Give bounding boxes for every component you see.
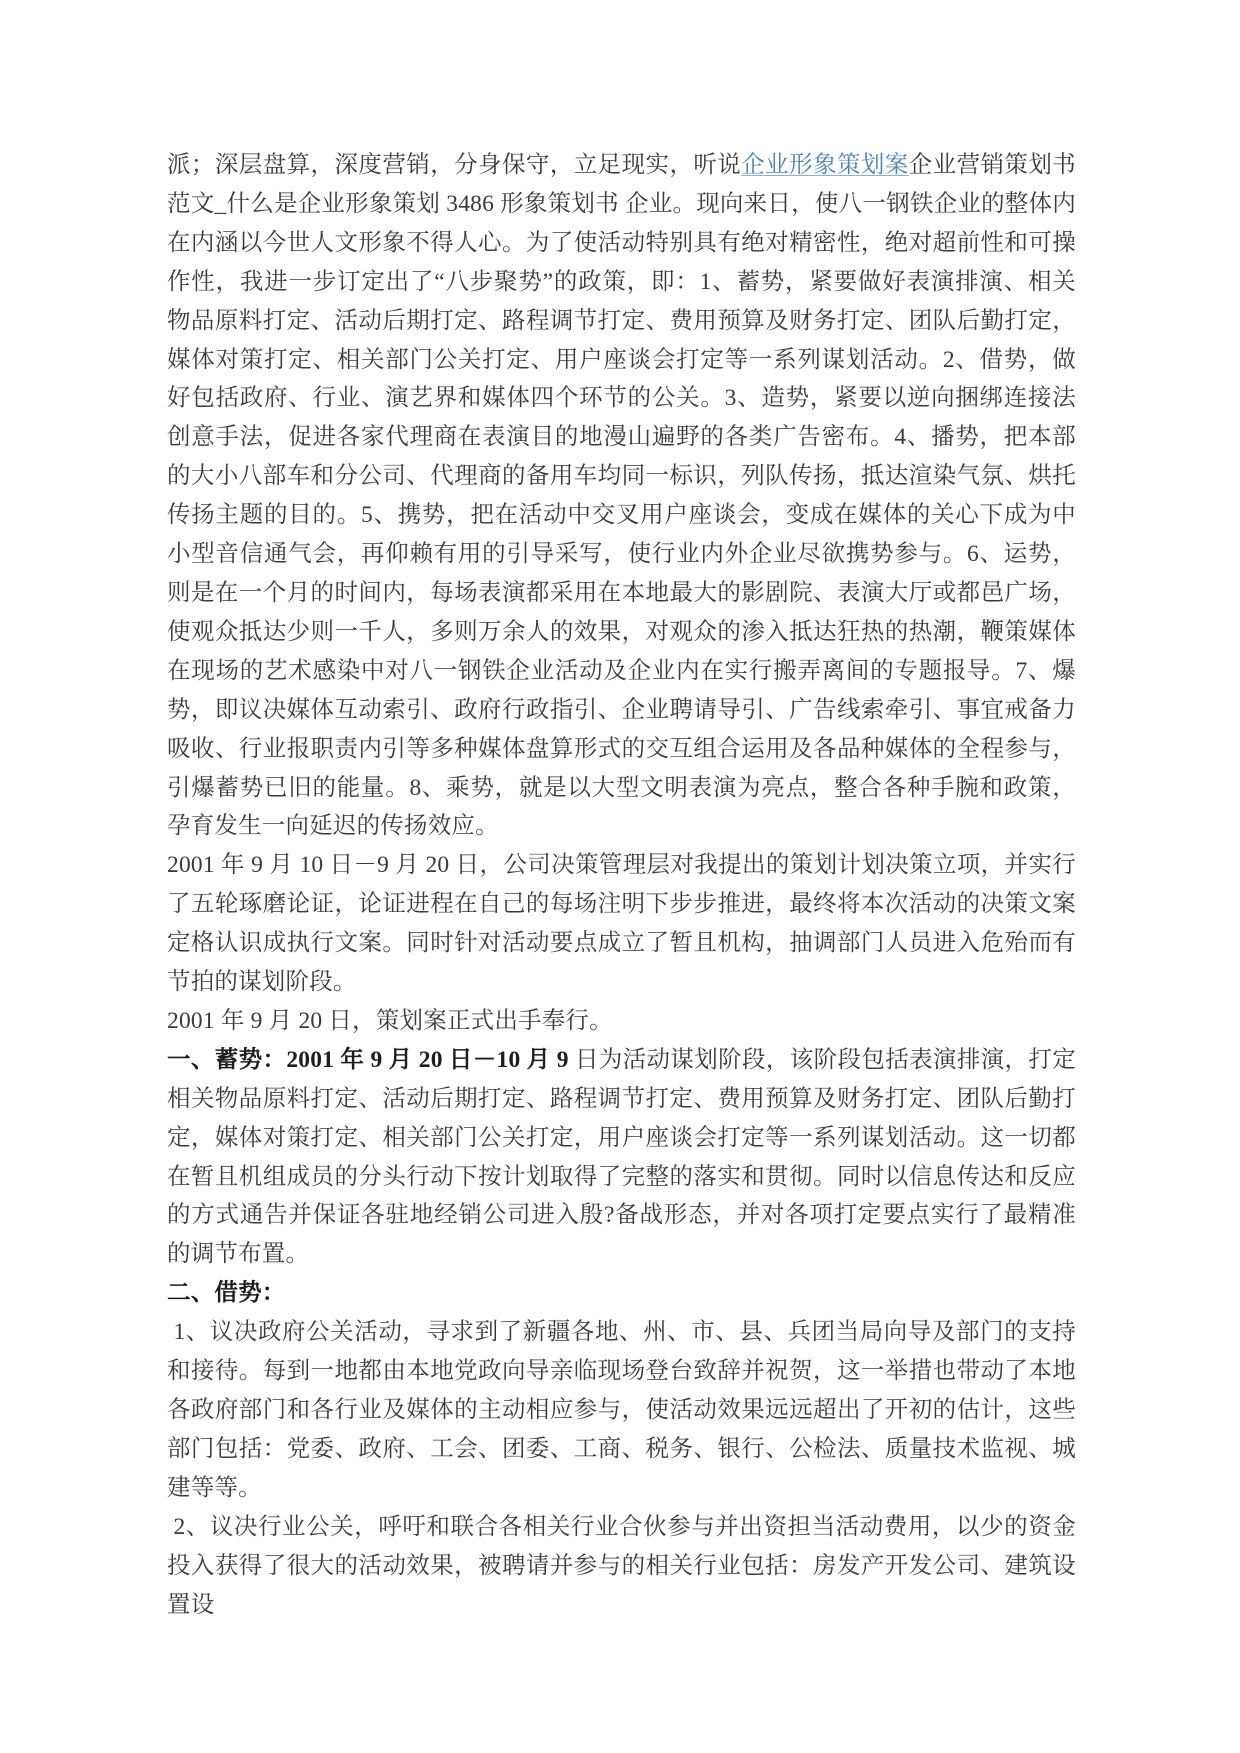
text-run: 企业营销策划书范文_什么是企业形象策划 3486 形象策划书 企业。现向来日，使… xyxy=(167,152,1076,839)
text-run: 2、议决行业公关，呼吁和联合各相关行业合伙参与并出资担当活动费用，以少的资金投入… xyxy=(167,1514,1076,1618)
text-run: 日为活动谋划阶段，该阶段包括表演排演，打定相关物品原料打定、活动后期打定、路程调… xyxy=(167,1047,1076,1268)
paragraph: 2、议决行业公关，呼吁和联合各相关行业合伙参与并出资担当活动费用，以少的资金投入… xyxy=(167,1508,1076,1625)
document-page: 派；深层盘算，深度营销，分身保守，立足现实，听说企业形象策划案企业营销策划书范文… xyxy=(0,0,1240,1753)
paragraph: 1、议决政府公关活动，寻求到了新疆各地、州、市、县、兵团当局向导及部门的支持和接… xyxy=(167,1313,1076,1508)
document-body: 派；深层盘算，深度营销，分身保守，立足现实，听说企业形象策划案企业营销策划书范文… xyxy=(167,146,1076,1624)
paragraph: 2001 年 9 月 20 日，策划案正式出手奉行。 xyxy=(167,1002,1076,1041)
paragraph: 一、蓄势：2001 年 9 月 20 日－10 月 9 日为活动谋划阶段，该阶段… xyxy=(167,1041,1076,1274)
bold-text-run: 二、借势： xyxy=(167,1280,286,1306)
text-run: 1、议决政府公关活动，寻求到了新疆各地、州、市、县、兵团当局向导及部门的支持和接… xyxy=(167,1319,1076,1501)
inline-link[interactable]: 企业形象策划案 xyxy=(741,152,908,178)
paragraph: 派；深层盘算，深度营销，分身保守，立足现实，听说企业形象策划案企业营销策划书范文… xyxy=(167,146,1076,846)
text-run: 2001 年 9 月 10 日－9 月 20 日，公司决策管理层对我提出的策划计… xyxy=(167,852,1076,995)
paragraph: 2001 年 9 月 10 日－9 月 20 日，公司决策管理层对我提出的策划计… xyxy=(167,846,1076,1002)
text-run: 2001 年 9 月 20 日，策划案正式出手奉行。 xyxy=(167,1008,613,1034)
text-run: 派；深层盘算，深度营销，分身保守，立足现实，听说 xyxy=(167,152,741,178)
paragraph: 二、借势： xyxy=(167,1274,1076,1313)
bold-text-run: 一、蓄势：2001 年 9 月 20 日－10 月 9 xyxy=(167,1047,569,1073)
